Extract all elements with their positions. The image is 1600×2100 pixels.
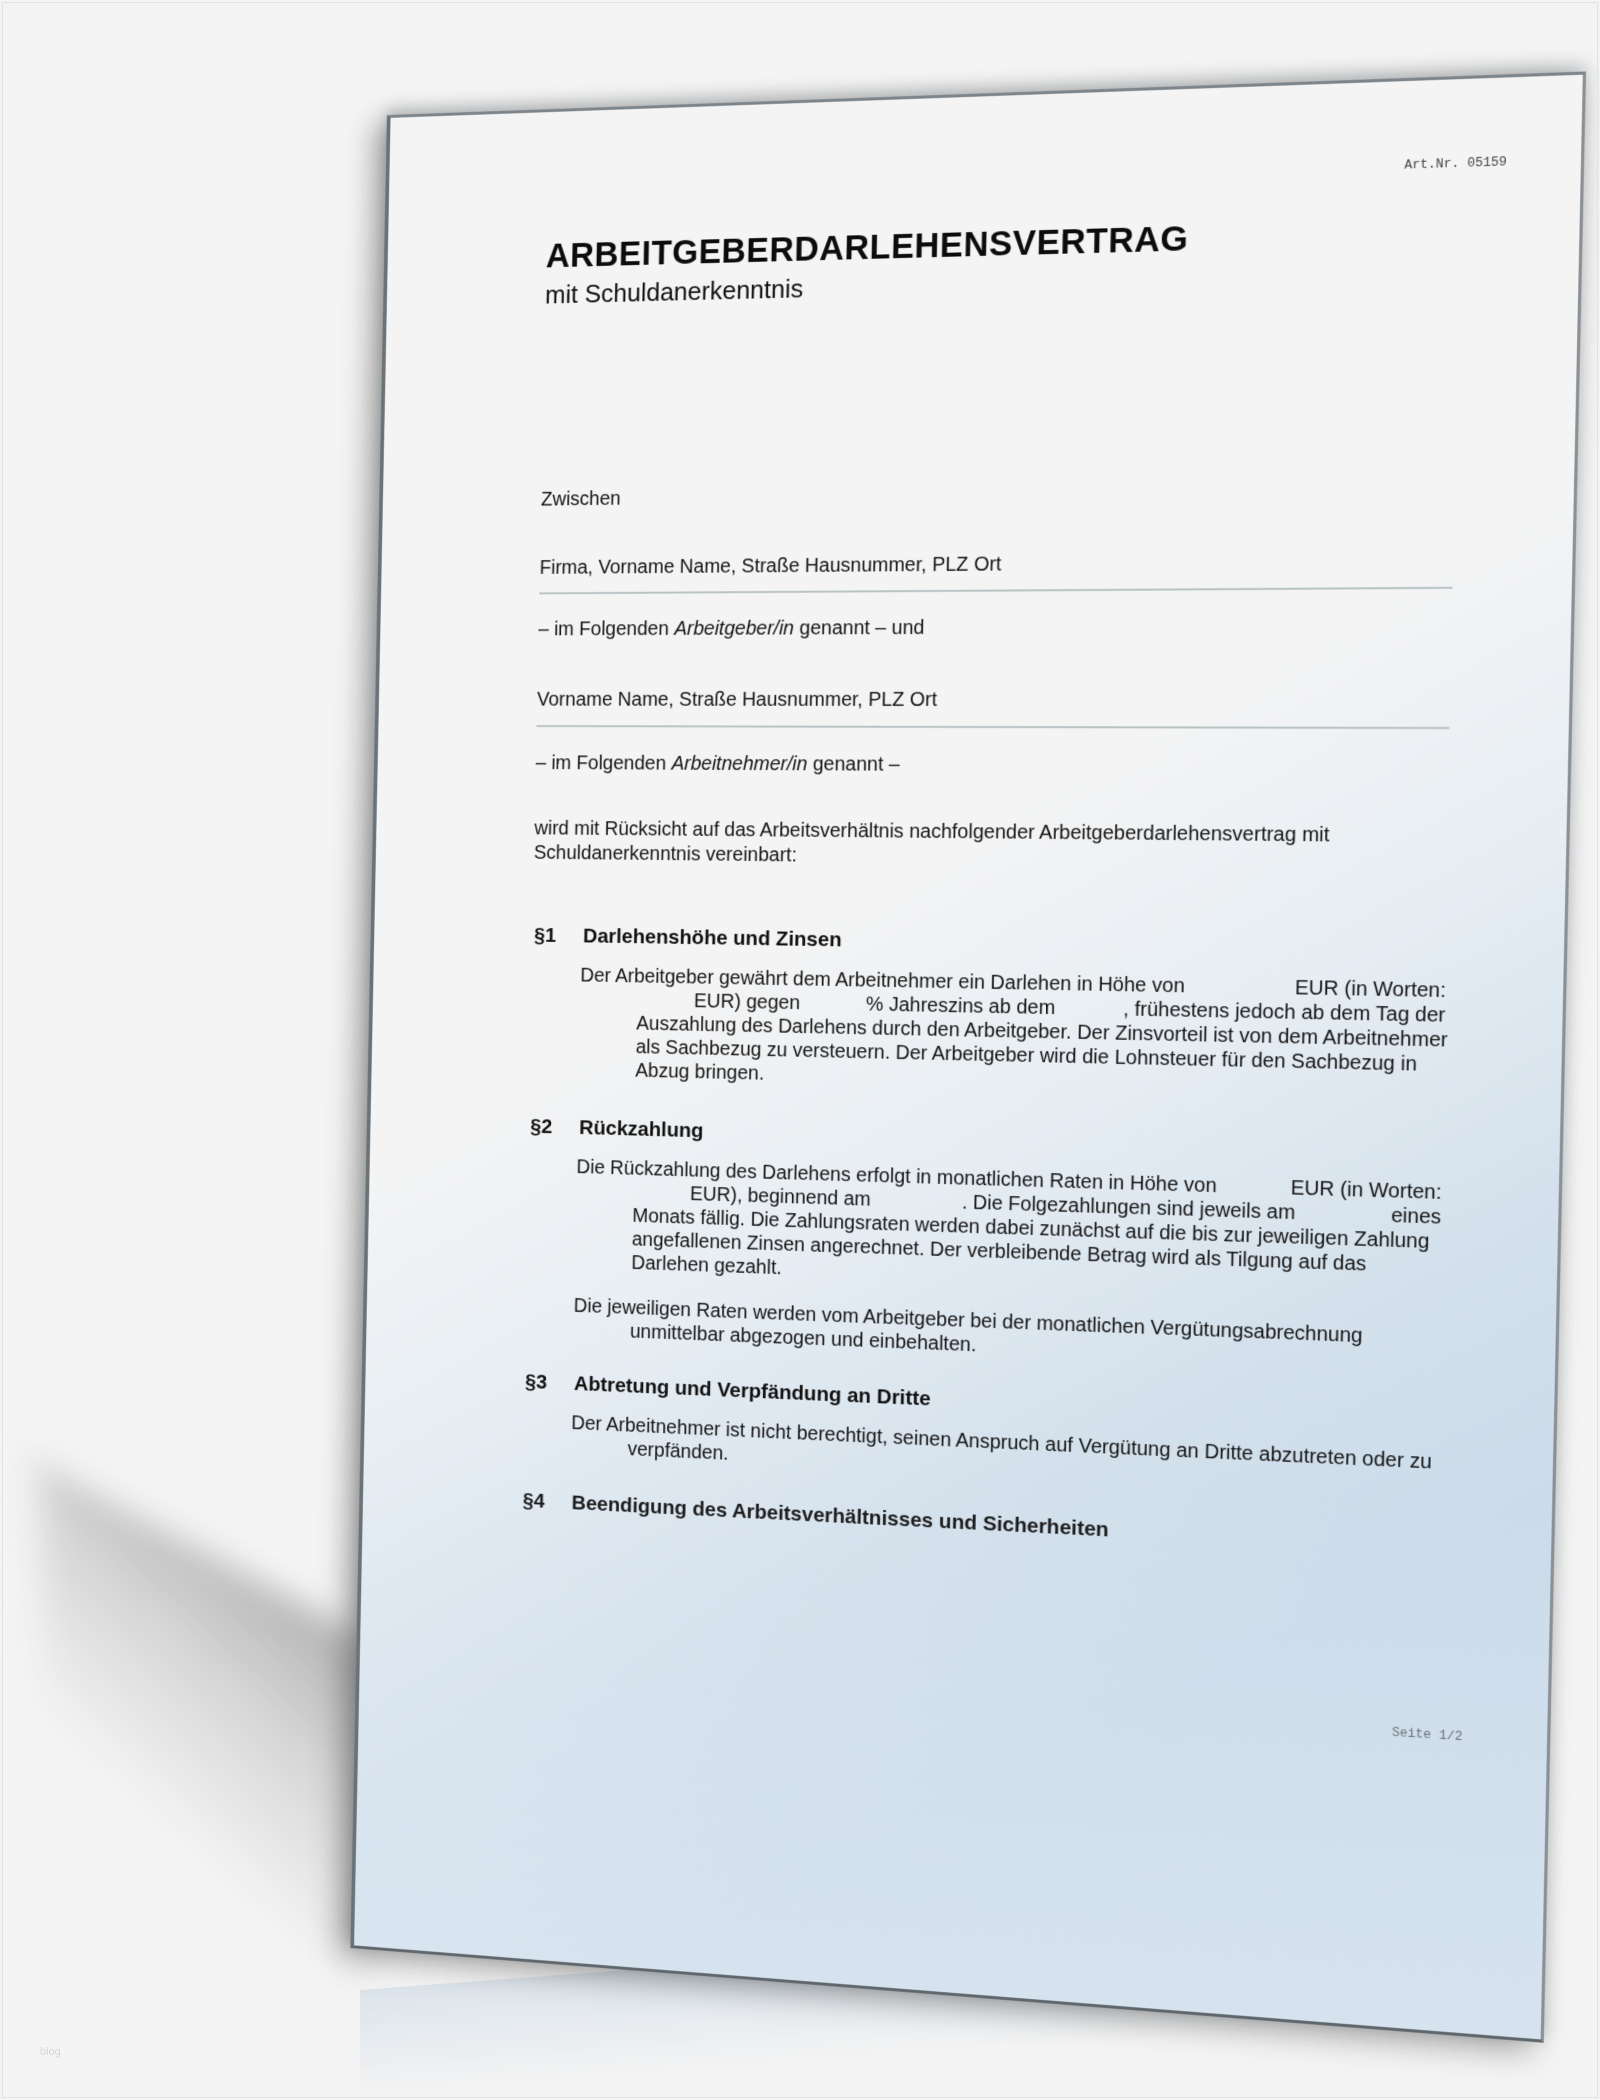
- document-title: ARBEITGEBERDARLEHENSVERTRAG: [546, 219, 1189, 276]
- section-1-body: Der Arbeitgeber gewährt dem Arbeitnehmer…: [578, 964, 1446, 1102]
- employee-role-text: – im Folgenden Arbeitnehmer/in genannt –: [535, 751, 900, 777]
- section-title: Darlehenshöhe und Zinsen: [583, 925, 842, 952]
- zwischen-label: Zwischen: [541, 487, 621, 512]
- role-name: Arbeitgeber/in: [674, 618, 794, 640]
- role-prefix: – im Folgenden: [538, 618, 674, 640]
- role-prefix: – im Folgenden: [535, 752, 671, 774]
- employee-address-field: Vorname Name, Straße Hausnummer, PLZ Ort: [537, 688, 938, 713]
- section-number: §4: [522, 1489, 571, 1515]
- section-1-heading: §1Darlehenshöhe und Zinsen: [534, 924, 842, 952]
- section-number: §3: [525, 1370, 574, 1396]
- article-number: Art.Nr. 05159: [1404, 155, 1507, 173]
- section-3-body: Der Arbeitnehmer ist nicht berechtigt, s…: [571, 1411, 1437, 1499]
- watermark-text: blog: [40, 2046, 61, 2058]
- employer-address-field: Firma, Vorname Name, Straße Hausnummer, …: [539, 552, 1001, 580]
- section-2-heading: §2Rückzahlung: [530, 1115, 704, 1143]
- page-indicator: Seite 1/2: [1392, 1726, 1463, 1745]
- employee-address-line: [536, 725, 1449, 729]
- section-4-heading: §4Beendigung des Arbeitsverhältnisses un…: [522, 1489, 1109, 1542]
- agreement-text: wird mit Rücksicht auf das Arbeitsverhäl…: [534, 817, 1330, 874]
- role-suffix: genannt – und: [794, 617, 925, 639]
- section-3-heading: §3Abtretung und Verpfändung an Dritte: [525, 1370, 931, 1411]
- section-2-body: Die Rückzahlung des Darlehens erfolgt in…: [573, 1155, 1442, 1376]
- employer-address-line: [539, 587, 1452, 595]
- role-suffix: genannt –: [807, 753, 900, 775]
- role-name: Arbeitnehmer/in: [671, 753, 807, 775]
- section-title: Beendigung des Arbeitsverhältnisses und …: [571, 1491, 1109, 1541]
- section-number: §2: [530, 1115, 579, 1140]
- canvas: Art.Nr. 05159 ARBEITGEBERDARLEHENSVERTRA…: [0, 0, 1600, 2100]
- section-number: §1: [534, 924, 583, 948]
- document-subtitle: mit Schuldanerkenntnis: [545, 273, 804, 310]
- section-title: Abtretung und Verpfändung an Dritte: [574, 1372, 931, 1410]
- employer-role-text: – im Folgenden Arbeitgeber/in genannt – …: [538, 616, 925, 642]
- document-page: Art.Nr. 05159 ARBEITGEBERDARLEHENSVERTRA…: [350, 71, 1586, 2042]
- section-title: Rückzahlung: [579, 1116, 704, 1142]
